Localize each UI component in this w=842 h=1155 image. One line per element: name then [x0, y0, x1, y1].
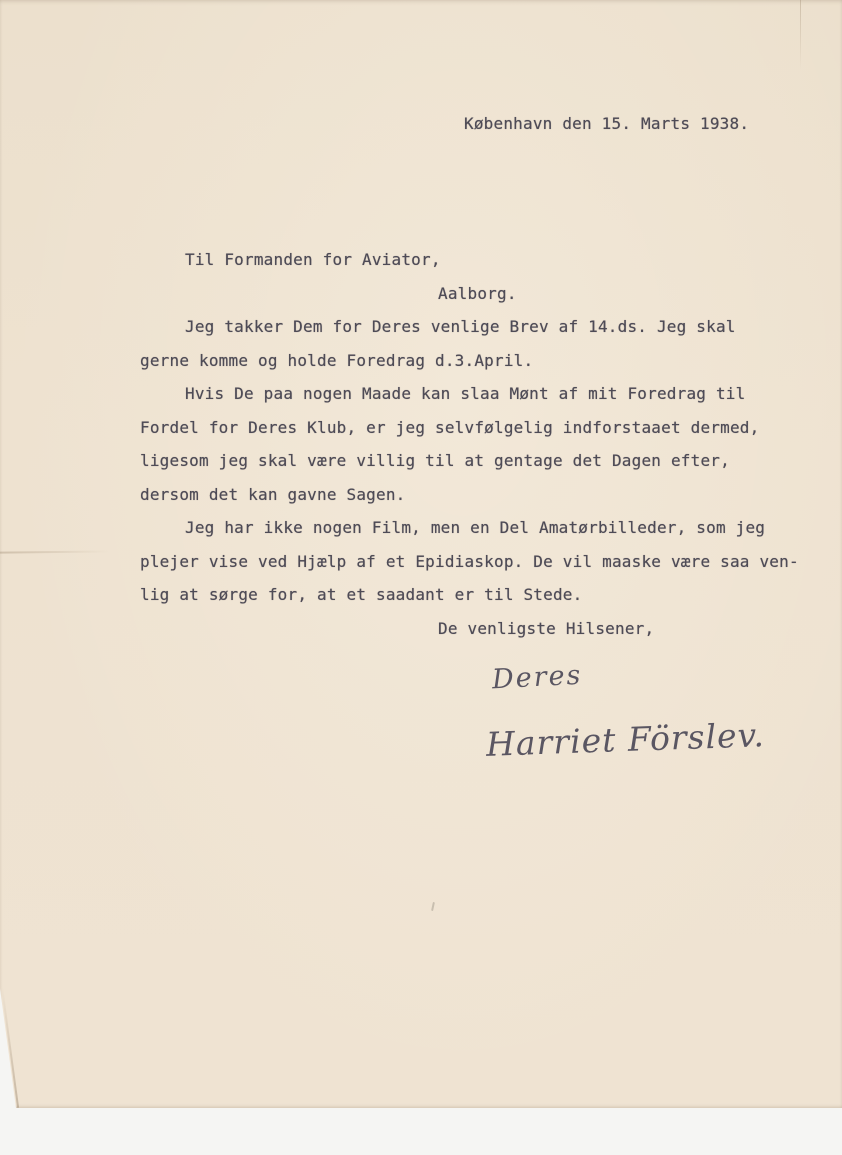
body-line: Jeg takker Dem for Deres venlige Brev af…: [140, 310, 820, 344]
body-line: lig at sørge for, at et saadant er til S…: [140, 578, 820, 612]
paper-curl-edge: [1, 987, 19, 1108]
date-line: København den 15. Marts 1938.: [464, 114, 749, 133]
body-line: Jeg har ikke nogen Film, men en Del Amat…: [140, 511, 820, 545]
closing-line: De venligste Hilsener,: [140, 612, 820, 646]
letter-paper: København den 15. Marts 1938. Til Forman…: [0, 0, 842, 1108]
recipient-line-1: Til Formanden for Aviator,: [140, 243, 820, 277]
body-line: Hvis De paa nogen Maade kan slaa Mønt af…: [140, 377, 820, 411]
signature-name: Harriet Förslev.: [485, 715, 765, 764]
body-line: dersom det kan gavne Sagen.: [140, 478, 820, 512]
paper-vertical-crease: [800, 0, 801, 70]
recipient-line-2: Aalborg.: [140, 277, 820, 311]
letter-body: Til Formanden for Aviator, Aalborg. Jeg …: [140, 243, 820, 645]
body-line: Fordel for Deres Klub, er jeg selvfølgel…: [140, 411, 820, 445]
body-line: gerne komme og holde Foredrag d.3.April.: [140, 344, 820, 378]
body-line: plejer vise ved Hjælp af et Epidiaskop. …: [140, 545, 820, 579]
paper-fold-crease: [0, 550, 115, 553]
body-line: ligesom jeg skal være villig til at gent…: [140, 444, 820, 478]
scanner-background: København den 15. Marts 1938. Til Forman…: [0, 0, 842, 1155]
signature-salutation: Deres: [491, 660, 583, 696]
paper-speck: [431, 902, 435, 911]
